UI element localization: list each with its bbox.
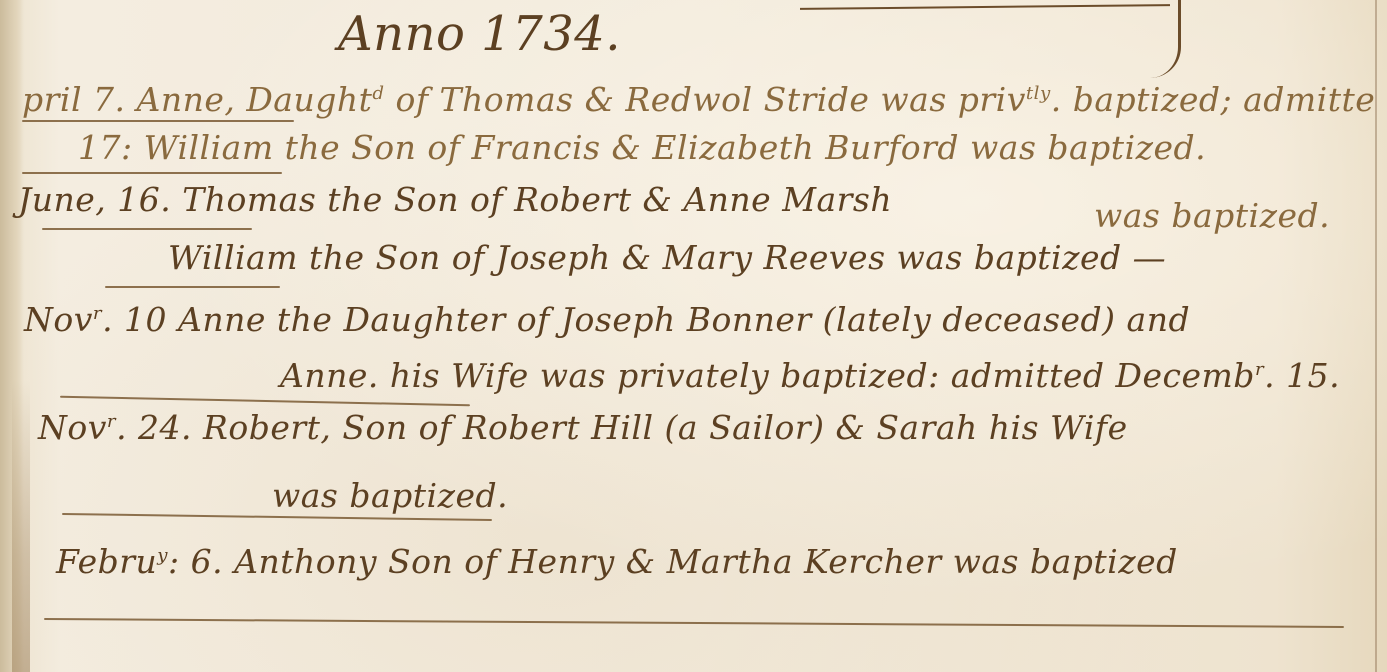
entry-6: Novr. 24. Robert, Son of Robert Hill (a … <box>38 408 1128 447</box>
rule-5 <box>60 396 470 407</box>
entry-1-child: Anne, Daughtd of Thomas & Redwol Stride … <box>136 80 1375 119</box>
entry-2-text: William the Son of Francis & Elizabeth B… <box>144 128 1207 167</box>
entry-7: Februy: 6. Anthony Son of Henry & Martha… <box>56 542 1178 581</box>
entry-7-date: Februy: 6. <box>56 542 223 581</box>
binding-shadow <box>12 380 30 672</box>
entry-1-date: pril 7. <box>22 80 125 119</box>
entry-5-date: Novr. 10 <box>24 300 167 339</box>
entry-2-date: 17: <box>78 128 133 167</box>
entry-5-continuation: Anne. his Wife was privately baptized: a… <box>280 356 1340 395</box>
rule-7 <box>44 618 1344 628</box>
rule-3 <box>42 228 252 230</box>
entry-6-continuation: was baptized. <box>272 476 508 515</box>
entry-5: Novr. 10 Anne the Daughter of Joseph Bon… <box>24 300 1190 339</box>
page-edge <box>1375 0 1377 672</box>
entry-4: William the Son of Joseph & Mary Reeves … <box>168 238 1166 277</box>
entry-6-text: Robert, Son of Robert Hill (a Sailor) & … <box>203 408 1128 447</box>
entry-5-text: Anne the Daughter of Joseph Bonner (late… <box>178 300 1190 339</box>
entry-3-date: June, 16. <box>18 180 171 219</box>
margin-brace <box>1150 0 1181 78</box>
entry-7-text: Anthony Son of Henry & Martha Kercher wa… <box>234 542 1178 581</box>
rule-2 <box>22 172 282 174</box>
entry-5-status: his Wife was privately baptized: admitte… <box>390 356 1340 395</box>
top-rule <box>800 4 1170 10</box>
entry-2: 17: William the Son of Francis & Elizabe… <box>78 128 1206 167</box>
entry-5-mother: Anne. <box>280 356 379 395</box>
register-page: Anno 1734. pril 7. Anne, Daughtd of Thom… <box>0 0 1387 672</box>
entry-6-date: Novr. 24. <box>38 408 192 447</box>
entry-3: June, 16. Thomas the Son of Robert & Ann… <box>18 180 892 219</box>
entry-3-status: was baptized. <box>1094 196 1330 235</box>
rule-1 <box>22 120 294 122</box>
rule-4 <box>105 286 280 288</box>
entry-3-text: Thomas the Son of Robert & Anne Marsh <box>182 180 892 219</box>
entry-1: pril 7. Anne, Daughtd of Thomas & Redwol… <box>22 80 1375 119</box>
page-heading: Anno 1734. <box>338 6 621 62</box>
